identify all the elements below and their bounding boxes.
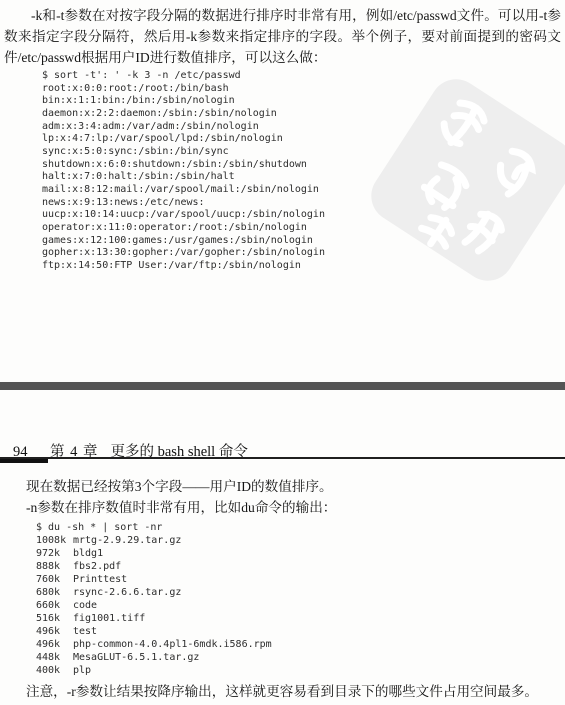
page-separator-bar: [0, 382, 565, 390]
du-rows: 1008kmrtg-2.9.29.tar.gz972kbldg1888kfbs2…: [36, 534, 272, 677]
book-page-scan: -k和-t参数在对按字段分隔的数据进行排序时非常有用，例如/etc/passwd…: [0, 0, 565, 705]
para-n-option: -n参数在排序数值时非常有用，比如du命令的输出：: [4, 497, 561, 518]
du-command: $ du -sh * | sort -nr: [36, 521, 272, 534]
file-size: 680k: [36, 586, 73, 599]
du-row: 680krsync-2.6.6.tar.gz: [36, 586, 272, 599]
du-row: 496kphp-common-4.0.4pl1-6mdk.i586.rpm: [36, 638, 272, 651]
file-size: 888k: [36, 560, 73, 573]
bottom-note: 注意，-r参数让结果按降序输出，这样就更容易看到目录下的哪些文件占用空间最多。: [4, 681, 561, 702]
file-name: Printtest: [73, 574, 127, 585]
file-name: test: [73, 626, 97, 637]
file-size: 448k: [36, 651, 73, 664]
du-row: 1008kmrtg-2.9.29.tar.gz: [36, 534, 272, 547]
seal-script-glyphs: [361, 69, 565, 290]
header-rule: [0, 457, 565, 459]
passwd-sort-command: $ sort -t': ' -k 3 -n /etc/passwd: [42, 70, 325, 83]
file-name: code: [73, 600, 97, 611]
du-row: 448kMesaGLUT-6.5.1.tar.gz: [36, 651, 272, 664]
passwd-sort-listing: $ sort -t': ' -k 3 -n /etc/passwdroot:x:…: [42, 70, 325, 273]
file-size: 400k: [36, 664, 73, 677]
file-size: 660k: [36, 599, 73, 612]
file-size: 1008k: [36, 534, 73, 547]
file-name: fig1001.tiff: [73, 613, 145, 624]
du-row: 972kbldg1: [36, 547, 272, 560]
intro-paragraph: -k和-t参数在对按字段分隔的数据进行排序时非常有用，例如/etc/passwd…: [4, 5, 561, 68]
seal-stamp-watermark: [361, 69, 565, 290]
file-name: MesaGLUT-6.5.1.tar.gz: [73, 652, 199, 663]
du-row: 660kcode: [36, 599, 272, 612]
file-name: mrtg-2.9.29.tar.gz: [73, 535, 181, 546]
file-size: 496k: [36, 625, 73, 638]
file-size: 496k: [36, 638, 73, 651]
file-size: 972k: [36, 547, 73, 560]
file-name: rsync-2.6.6.tar.gz: [73, 587, 181, 598]
du-row: 496ktest: [36, 625, 272, 638]
file-name: fbs2.pdf: [73, 561, 121, 572]
du-sort-listing: $ du -sh * | sort -nr1008kmrtg-2.9.29.ta…: [36, 521, 272, 677]
passwd-sort-output: root:x:0:0:root:/root:/bin/bash bin:x:1:…: [42, 83, 325, 273]
file-size: 760k: [36, 573, 73, 586]
du-row: 888kfbs2.pdf: [36, 560, 272, 573]
du-row: 516kfig1001.tiff: [36, 612, 272, 625]
file-name: bldg1: [73, 548, 103, 559]
file-name: php-common-4.0.4pl1-6mdk.i586.rpm: [73, 639, 272, 650]
file-name: plp: [73, 665, 91, 676]
file-size: 516k: [36, 612, 73, 625]
du-row: 400kplp: [36, 664, 272, 677]
header-rule-accent: [0, 459, 48, 463]
du-row: 760kPrinttest: [36, 573, 272, 586]
para-sorted-result: 现在数据已经按第3个字段——用户ID的数值排序。: [4, 476, 561, 497]
